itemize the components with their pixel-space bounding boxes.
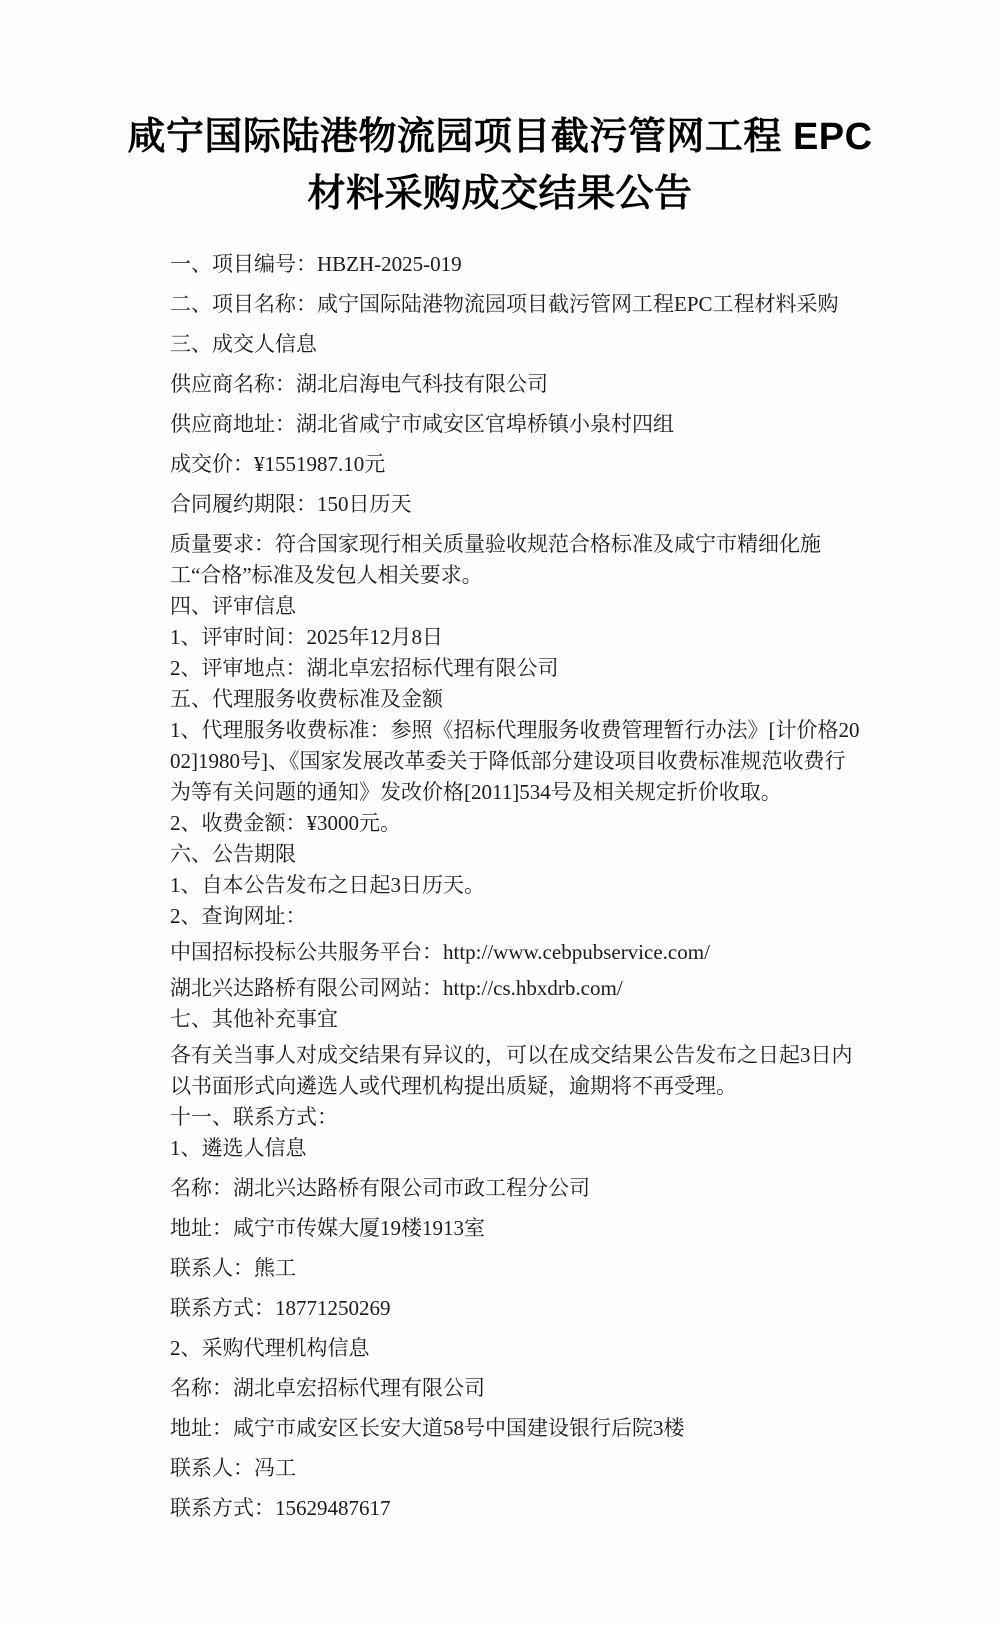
heading-review-info: 四、评审信息: [170, 591, 860, 622]
heading-winner-info: 三、成交人信息: [170, 329, 860, 360]
heading-selector-info: 1、遴选人信息: [170, 1133, 860, 1164]
para-objection-notice: 各有关当事人对成交结果有异议的，可以在成交结果公告发布之日起3日内以书面形式向遴…: [170, 1040, 860, 1102]
para-review-time: 1、评审时间：2025年12月8日: [170, 622, 860, 653]
para-review-location: 2、评审地点：湖北卓宏招标代理有限公司: [170, 653, 860, 684]
para-deal-price: 成交价：¥1551987.10元: [170, 449, 860, 480]
para-agency-address: 地址：咸宁市咸安区长安大道58号中国建设银行后院3楼: [170, 1413, 860, 1444]
para-selector-name: 名称：湖北兴达路桥有限公司市政工程分公司: [170, 1173, 860, 1204]
para-agency-fee-standard: 1、代理服务收费标准：参照《招标代理服务收费管理暂行办法》[计价格2002]19…: [170, 715, 860, 808]
heading-contact-info: 十一、联系方式：: [170, 1102, 860, 1133]
document-title-line2: 材料采购成交结果公告: [0, 166, 1000, 223]
para-selector-contact-phone: 联系方式：18771250269: [170, 1293, 860, 1324]
heading-announcement-period: 六、公告期限: [170, 839, 860, 870]
para-query-websites-label: 2、查询网址：: [170, 901, 860, 932]
document-title: 咸宁国际陆港物流园项目截污管网工程 EPC 材料采购成交结果公告: [0, 25, 1000, 223]
para-agency-name: 名称：湖北卓宏招标代理有限公司: [170, 1373, 860, 1404]
announcement-body: 一、项目编号：HBZH-2025-019 二、项目名称：咸宁国际陆港物流园项目截…: [170, 249, 860, 1524]
para-supplier-name: 供应商名称：湖北启海电气科技有限公司: [170, 369, 860, 400]
para-selector-address: 地址：咸宁市传媒大厦19楼1913室: [170, 1213, 860, 1244]
para-project-number: 一、项目编号：HBZH-2025-019: [170, 249, 860, 280]
para-supplier-address: 供应商地址：湖北省咸宁市咸安区官埠桥镇小泉村四组: [170, 409, 860, 440]
para-quality-requirement: 质量要求：符合国家现行相关质量验收规范合格标准及咸宁市精细化施工“合格”标准及发…: [170, 529, 860, 591]
para-agency-contact-phone: 联系方式：15629487617: [170, 1493, 860, 1524]
para-announcement-duration: 1、自本公告发布之日起3日历天。: [170, 870, 860, 901]
para-hbxdrb-url: 湖北兴达路桥有限公司网站：http://cs.hbxdrb.com/: [170, 973, 860, 1004]
para-fee-amount: 2、收费金额：¥3000元。: [170, 808, 860, 839]
para-cebpubservice-url: 中国招标投标公共服务平台：http://www.cebpubservice.co…: [170, 937, 860, 968]
heading-agency-info: 2、采购代理机构信息: [170, 1333, 860, 1364]
announcement-page: 咸宁国际陆港物流园项目截污管网工程 EPC 材料采购成交结果公告 一、项目编号：…: [0, 0, 1000, 1628]
para-selector-contact-person: 联系人：熊工: [170, 1253, 860, 1284]
document-title-line1: 咸宁国际陆港物流园项目截污管网工程 EPC: [0, 109, 1000, 166]
para-contract-duration: 合同履约期限：150日历天: [170, 489, 860, 520]
heading-agency-fee: 五、代理服务收费标准及金额: [170, 684, 860, 715]
heading-other-matters: 七、其他补充事宜: [170, 1004, 860, 1035]
para-agency-contact-person: 联系人：冯工: [170, 1453, 860, 1484]
para-project-name: 二、项目名称：咸宁国际陆港物流园项目截污管网工程EPC工程材料采购: [170, 289, 860, 320]
